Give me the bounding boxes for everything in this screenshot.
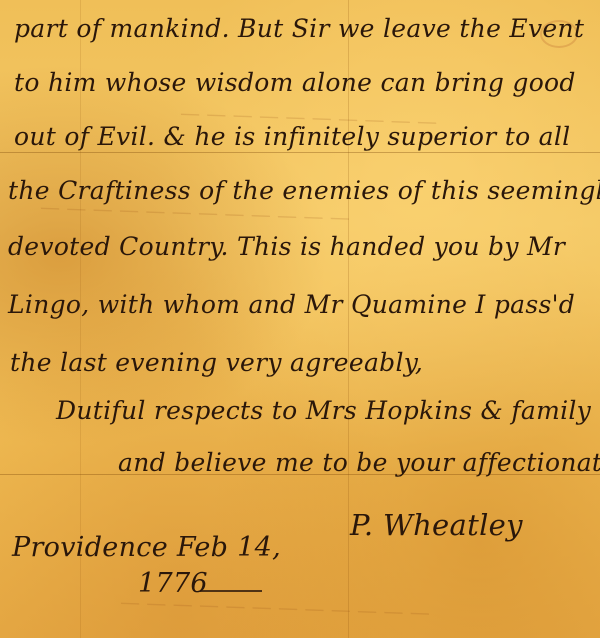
letter-line: the last evening very agreeably,	[10, 348, 423, 377]
letter-page: — — — — — — — — — — — — — — — — — — — — …	[0, 0, 600, 638]
letter-line: out of Evil. & he is infinitely superior…	[14, 122, 570, 151]
fold-crease	[0, 152, 600, 153]
place-date: Providence Feb 14,	[12, 532, 281, 563]
letter-line: to him whose wisdom alone can bring good	[14, 68, 576, 97]
letter-line: Lingo, with whom and Mr Quamine I pass'd	[8, 290, 575, 319]
closing-line: Dutiful respects to Mrs Hopkins & family	[56, 396, 591, 425]
closing-line: and believe me to be your affectionate	[118, 448, 600, 477]
letter-line: devoted Country. This is handed you by M…	[8, 232, 565, 261]
letter-line: the Craftiness of the enemies of this se…	[8, 176, 600, 205]
signature: P. Wheatley	[350, 508, 523, 542]
date-underline	[200, 590, 262, 592]
date-year: 1776	[138, 568, 208, 599]
letter-line: part of mankind. But Sir we leave the Ev…	[14, 14, 584, 43]
